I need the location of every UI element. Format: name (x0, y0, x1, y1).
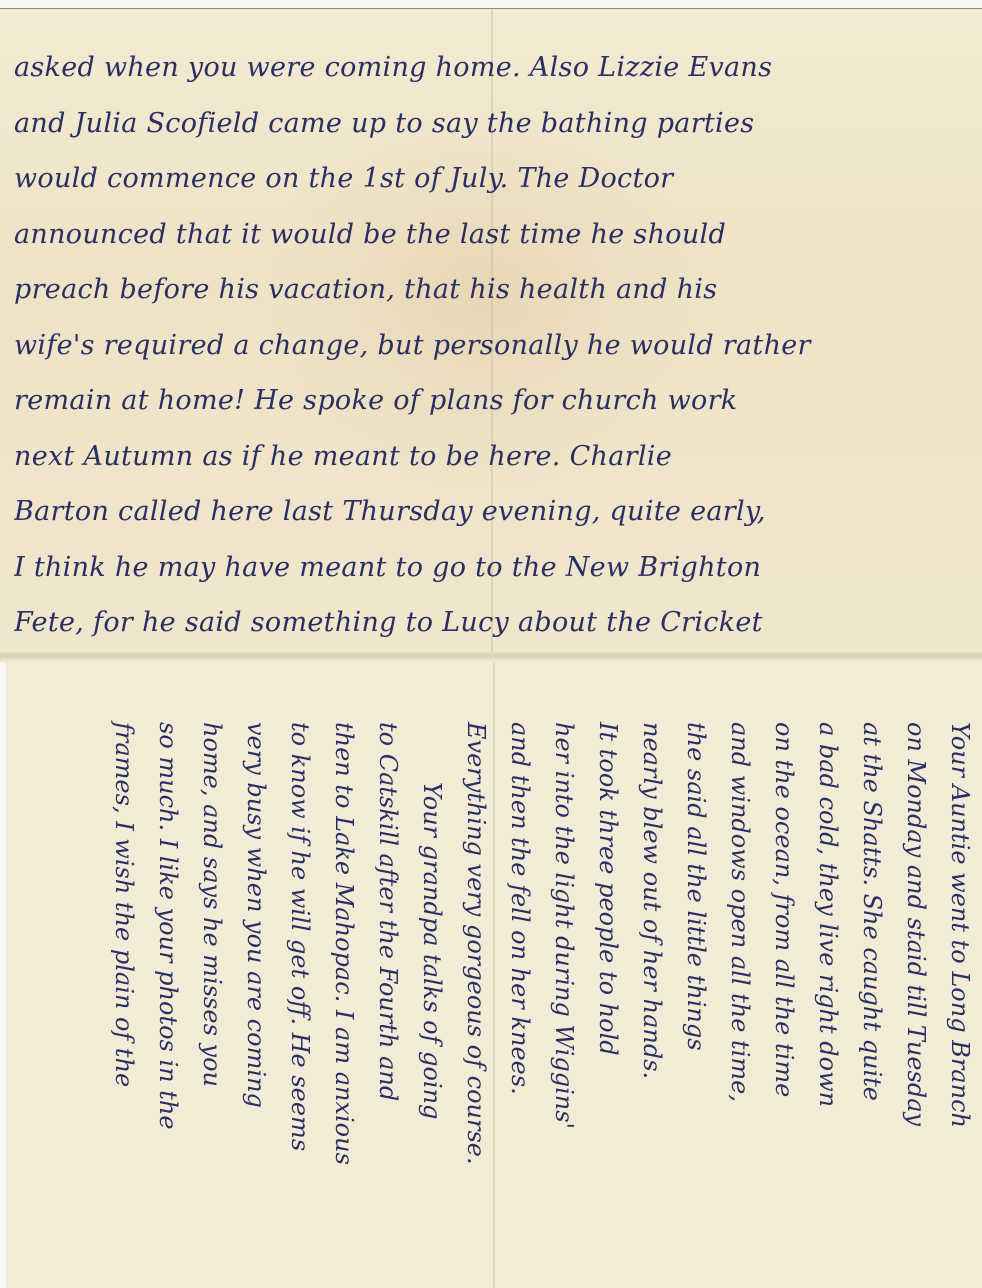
handwritten-line: to know if he will get off. He seems (278, 672, 322, 1282)
handwritten-line: preach before his vacation, that his hea… (14, 262, 974, 318)
handwritten-line: announced that it would be the last time… (14, 207, 974, 263)
paper-left-edge (0, 662, 6, 1288)
handwritten-line: Everything very gorgeous of course. (454, 672, 498, 1282)
handwritten-line: Your grandpa talks of going (410, 672, 454, 1282)
handwritten-line: and windows open all the time, (718, 672, 762, 1282)
handwritten-line: on the ocean, from all the time (762, 672, 806, 1282)
handwritten-line: would commence on the 1st of July. The D… (14, 151, 974, 207)
handwritten-line: Fete, for he said something to Lucy abou… (14, 595, 974, 651)
handwritten-line: so much. I like your photos in the (146, 672, 190, 1282)
handwritten-line: to Catskill after the Fourth and (366, 672, 410, 1282)
handwritten-line: very busy when you are coming (234, 672, 278, 1282)
handwritten-line: her into the light during Wiggins' (542, 672, 586, 1282)
handwritten-line: home, and says he misses you (190, 672, 234, 1282)
handwritten-line: and Julia Scofield came up to say the ba… (14, 96, 974, 152)
handwritten-line: wife's required a change, but personally… (14, 318, 974, 374)
paper-top-edge (0, 0, 982, 9)
handwritten-line: next Autumn as if he meant to be here. C… (14, 429, 974, 485)
handwritten-line: on Monday and staid till Tuesday (894, 672, 938, 1282)
handwritten-line: asked when you were coming home. Also Li… (14, 40, 974, 96)
handwritten-line: and then the fell on her knees. (498, 672, 542, 1282)
lower-rotated-handwriting-block: Your Auntie went to Long Branch on Monda… (20, 672, 982, 1282)
horizontal-fold (0, 652, 982, 662)
handwritten-line: Barton called here last Thursday evening… (14, 484, 974, 540)
handwritten-line: Your Auntie went to Long Branch (938, 672, 982, 1282)
handwritten-line: the said all the little things (674, 672, 718, 1282)
handwritten-line: a bad cold, they live right down (806, 672, 850, 1282)
handwritten-line: then to Lake Mahopac. I am anxious (322, 672, 366, 1282)
handwritten-line: at the Shatts. She caught quite (850, 672, 894, 1282)
handwritten-line: frames, I wish the plain of the (102, 672, 146, 1282)
handwritten-line: I think he may have meant to go to the N… (14, 540, 974, 596)
handwritten-line: It took three people to hold (586, 672, 630, 1282)
letter-page: asked when you were coming home. Also Li… (0, 0, 982, 1288)
handwritten-line: remain at home! He spoke of plans for ch… (14, 373, 974, 429)
handwritten-line: nearly blew out of her hands. (630, 672, 674, 1282)
